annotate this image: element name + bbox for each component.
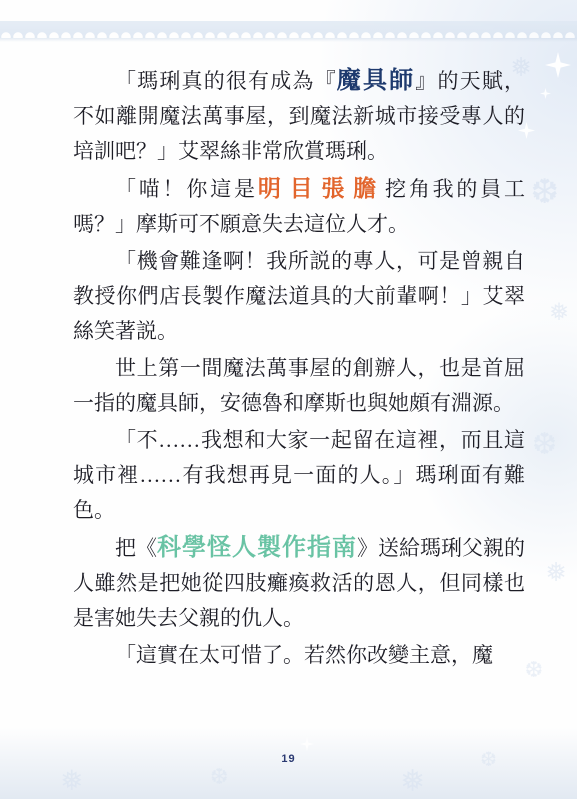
snowflake-icon: ❆: [525, 660, 543, 682]
paragraph: 把《科學怪人製作指南》送給瑪琍父親的人雖然是把她從四肢癱瘓救活的恩人，但同樣也是…: [73, 530, 525, 636]
text-segment: 「機會難逢啊！我所説的專人，可是曾親自教授你們店長製作魔法道具的大前輩啊！」艾翠…: [73, 249, 525, 343]
snowflake-icon: ❅: [545, 560, 567, 586]
book-page: ❅ ❆ ❅ ❆ ❅ ❆ ❅ ❆ ❅ ❆ 「瑪琍真的很有成為『魔具師』的天賦，不如…: [0, 0, 577, 799]
snow-scallop-border: [0, 21, 577, 38]
text-segment: 「瑪琍真的很有成為『: [115, 69, 337, 93]
story-text: 「瑪琍真的很有成為『魔具師』的天賦，不如離開魔法萬事屋，到魔法新城市接受專人的培…: [73, 63, 525, 675]
paragraph: 「瑪琍真的很有成為『魔具師』的天賦，不如離開魔法萬事屋，到魔法新城市接受專人的培…: [73, 63, 525, 169]
paragraph: 「喵！你這是明目張膽挖角我的員工嗎？」摩斯可不願意失去這位人才。: [73, 171, 525, 242]
snowflake-icon: ❆: [532, 430, 557, 460]
snowflake-icon: ❅: [549, 300, 569, 324]
snowflake-icon: ❆: [531, 175, 560, 209]
sparkle-icon: [540, 88, 551, 99]
page-number: 19: [0, 753, 577, 765]
paragraph: 世上第一間魔法萬事屋的創辦人，也是首屈一指的魔具師，安德魯和摩斯也與她頗有淵源。: [73, 351, 525, 421]
paragraph: 「這實在太可惜了。若然你改變主意，魔: [73, 638, 525, 673]
snowflake-icon: ❅: [400, 767, 425, 797]
snowflake-icon: ❅: [60, 767, 83, 795]
sparkle-icon: [545, 52, 571, 78]
emphasis-term: 明目張膽: [258, 175, 385, 201]
text-segment: 「喵！你這是: [115, 177, 258, 201]
text-segment: 「不……我想和大家一起留在這裡，而且這城市裡……有我想再見一面的人。」瑪琍面有難…: [73, 428, 525, 522]
text-segment: 世上第一間魔法萬事屋的創辦人，也是首屈一指的魔具師，安德魯和摩斯也與她頗有淵源。: [73, 356, 525, 415]
paragraph: 「不……我想和大家一起留在這裡，而且這城市裡……有我想再見一面的人。」瑪琍面有難…: [73, 423, 525, 528]
text-segment: 把《: [115, 536, 157, 560]
emphasis-term: 魔具師: [337, 67, 416, 94]
sparkle-icon: [300, 737, 314, 751]
emphasis-term: 科學怪人製作指南: [157, 534, 357, 561]
paragraph: 「機會難逢啊！我所説的專人，可是曾親自教授你們店長製作魔法道具的大前輩啊！」艾翠…: [73, 244, 525, 349]
text-segment: 「這實在太可惜了。若然你改變主意，魔: [115, 643, 493, 667]
snow-border-shadow: [0, 38, 577, 42]
snowflake-icon: ❆: [210, 767, 228, 789]
